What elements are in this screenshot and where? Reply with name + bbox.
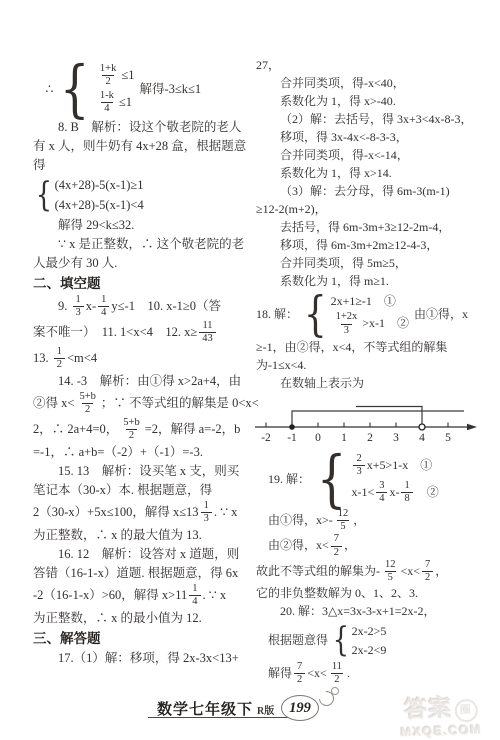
text-line: 答错（16-1-x）道题. 根据题意，得 6x: [33, 565, 249, 582]
system-row: (4x+28)-5(x-1)≥1: [55, 177, 144, 194]
text-line: 系数化为 1，得 x>-40.: [256, 93, 486, 110]
text-line: ②得 x<5+b2；∵ 不等式组的解集是 0<x<: [33, 392, 249, 416]
svg-text:-2: -2: [261, 432, 271, 444]
fraction: 125: [382, 560, 399, 584]
fraction: 14: [189, 584, 200, 608]
text-line: （3）解：去分母，得 6m-3(m-1): [256, 183, 486, 200]
fraction: 1-k4: [97, 91, 117, 115]
equation-system: 19. 解：{23x+5>1-x ①x-1<34x-18 ②: [256, 453, 486, 506]
brace: {: [36, 181, 52, 210]
text-line: ≥12-2(m+2)，: [256, 201, 486, 218]
system-prefix: 18. 解：: [256, 306, 298, 323]
text-line: 得: [33, 157, 249, 174]
equation-system: 根据题意得{2x-2>52x-2<9: [256, 623, 486, 659]
text-line: 由①得，x>-125，: [256, 509, 486, 533]
text-line: 16. 12 解析：设答对 x 道题，则: [33, 546, 249, 563]
fraction: 23: [353, 454, 364, 478]
page-number-badge: 199: [281, 695, 319, 721]
equation-system: {(4x+28)-5(x-1)≥1(4x+28)-5(x-1)<4: [33, 177, 249, 214]
equation-system: ∴{1+k2≤11-k4≤1解得-3≤k≤1: [33, 63, 249, 116]
right-column: 27，合并同类项，得-x<40，系数化为 1，得 x>-40.（2）解：去括号，…: [256, 57, 486, 687]
brace: {: [60, 63, 90, 116]
text-line: 系数化为 1，得 x>14.: [256, 165, 486, 182]
text-line: ∵ x 是正整数，∴ 这个敬老院的老: [33, 236, 249, 253]
text-line: 为-1≤x<4.: [256, 357, 486, 374]
text-line: 2（30-x）+5x≤100，解得 x≤1313. ∵ x: [33, 501, 249, 525]
left-column: ∴{1+k2≤11-k4≤1解得-3≤k≤18. B 解析：设这个敬老院的老人有…: [33, 60, 249, 669]
svg-text:5: 5: [445, 432, 451, 444]
system-prefix: ∴: [46, 81, 54, 98]
text-line: 14. -3 解析：由①得 x>2a+4，由: [33, 373, 249, 390]
system-rows: 23x+5>1-x ①x-1<34x-18 ②: [351, 454, 438, 505]
fraction: 72: [331, 534, 342, 558]
system-rows: 2x+1≥-1 ①1+2x3>x-1 ②: [331, 293, 409, 337]
brace: {: [304, 294, 327, 335]
text-line: 20. 解：3△x=3x-3-x+1=2x-2，: [256, 603, 486, 620]
system-suffix: 解得-3≤k≤1: [139, 81, 201, 98]
fraction: 14: [98, 295, 109, 319]
system-row: 2x+1≥-1 ①: [331, 293, 396, 310]
system-row: 23x+5>1-x ①: [351, 454, 432, 478]
system-prefix: 19. 解：: [268, 471, 310, 488]
text-line: 移项，得 6m-3m+2m≥12-4-3，: [256, 237, 486, 254]
footer-book-title: 数学七年级下R版: [157, 698, 274, 719]
text-line: 27，: [256, 57, 486, 74]
system-rows: 1+k2≤11-k4≤1: [95, 64, 135, 115]
fraction: 18: [401, 481, 412, 505]
text-line: 人最少有 30 人.: [33, 255, 249, 272]
text-line: 由②得，x<72，: [256, 534, 486, 558]
text-line: -2（16-1-x）>60，解得 x>1114. ∵ x: [33, 584, 249, 608]
book-title-text: 数学七年级下: [157, 702, 253, 718]
text-line: 移项，得 3x-4x<-8-3-3，: [256, 129, 486, 146]
fraction: 72: [422, 560, 433, 584]
brace: {: [333, 626, 349, 655]
text-line: 13. 12<m<4: [33, 347, 249, 371]
system-rows: 2x-2>52x-2<9: [352, 623, 387, 659]
fraction: 72: [294, 662, 305, 686]
text-line: ≥-1，由②得，x<4，不等式组的解集: [256, 339, 486, 356]
number-line: -2-1012345: [252, 396, 480, 446]
system-row: 2x-2<9: [352, 642, 387, 659]
text-line: 为正整数，∴ x 的最小值为 12.: [33, 610, 249, 627]
fraction: 34: [376, 481, 387, 505]
system-row: 2x-2>5: [352, 623, 387, 640]
text-line: 系数化为 1，得 m≥1.: [256, 273, 486, 290]
text-line: 去括号，得 6m-3m+3≥12-2m-4，: [256, 219, 486, 236]
svg-text:4: 4: [419, 432, 425, 444]
text-line: 17.（1）解：移项，得 2x-3x<13+: [33, 650, 249, 667]
text-line: =-1，∴ a+b=（-2）+（-1）=-3.: [33, 444, 249, 461]
fraction: 13: [73, 295, 84, 319]
text-line: （2）解：去括号，得 3x+3<4x-8-3，: [256, 111, 486, 128]
watermark-logo: 答案圈: [384, 694, 497, 724]
system-suffix: 由①得，x: [414, 306, 468, 323]
text-line: 案不唯一） 11. 1<x<4 12. x≥1143: [33, 321, 249, 345]
text-line: 合并同类项，得 5m≥5，: [256, 255, 486, 272]
svg-text:2: 2: [367, 432, 373, 444]
fraction: 1+k2: [97, 64, 119, 88]
fraction: 5+b2: [76, 392, 98, 416]
fraction: 5+b2: [120, 418, 142, 442]
fraction: 1+2x3: [333, 312, 361, 336]
system-row: (4x+28)-5(x-1)<4: [55, 197, 144, 214]
book-edition: R版: [257, 706, 274, 717]
watermark-logo-text: 答案: [404, 694, 453, 722]
page-number: 199: [289, 700, 311, 717]
system-row: 1+2x3>x-1 ②: [331, 312, 409, 336]
footer-swirl-dot: [331, 687, 339, 695]
number-line-figure: -2-1012345: [252, 396, 486, 451]
equation-system: 18. 解：{2x+1≥-1 ①1+2x3>x-1 ②由①得，x: [256, 293, 486, 337]
system-row: 1-k4≤1: [95, 91, 132, 115]
system-row: x-1<34x-18 ②: [351, 481, 438, 505]
scanned-answer-page: ∴{1+k2≤11-k4≤1解得-3≤k≤18. B 解析：设这个敬老院的老人有…: [0, 0, 500, 740]
fraction: 1143: [199, 321, 216, 345]
section-heading: 二、填空题: [33, 275, 249, 292]
text-line: 合并同类项，得-x<-14，: [256, 147, 486, 164]
text-line: 笔记本（30-x）本. 根据题意，得: [33, 482, 249, 499]
fraction: 12: [54, 347, 65, 371]
text-line: 解得 29<k≤32.: [33, 217, 249, 234]
watermark-circle-icon: 圈: [454, 698, 478, 722]
text-line: 为正整数，∴ x 的最大值为 13.: [33, 527, 249, 544]
system-row: 1+k2≤1: [95, 64, 135, 88]
fraction: 13: [201, 501, 212, 525]
text-line: 解得72<x<112.: [256, 662, 486, 686]
system-prefix: 根据题意得: [268, 632, 328, 649]
system-rows: (4x+28)-5(x-1)≥1(4x+28)-5(x-1)<4: [55, 177, 144, 214]
text-line: 9. 13x-14y≤-1 10. x-1≥0（答: [33, 295, 249, 319]
text-line: 在数轴上表示为: [256, 375, 486, 392]
text-line: 2，∴ 2a+4=0，5+b2=2，解得 a=-2，b: [33, 418, 249, 442]
svg-text:3: 3: [393, 432, 399, 444]
text-line: 它的非负整数解为 0、1、2、3.: [256, 585, 486, 602]
fraction: 112: [329, 662, 345, 686]
text-line: 有 x 人，则牛奶有 4x+28 盒，根据题意: [33, 138, 249, 155]
text-line: 15. 13 解析：设买笔 x 支，则买: [33, 463, 249, 480]
svg-text:-1: -1: [287, 432, 297, 444]
text-line: 故此不等式组的解集为-125<x<72，: [256, 560, 486, 584]
brace: {: [317, 453, 347, 506]
section-heading: 三、解答题: [33, 630, 249, 647]
site-watermark: 答案圈 MXQE.COM: [384, 694, 497, 739]
text-line: 合并同类项，得-x<40，: [256, 75, 486, 92]
